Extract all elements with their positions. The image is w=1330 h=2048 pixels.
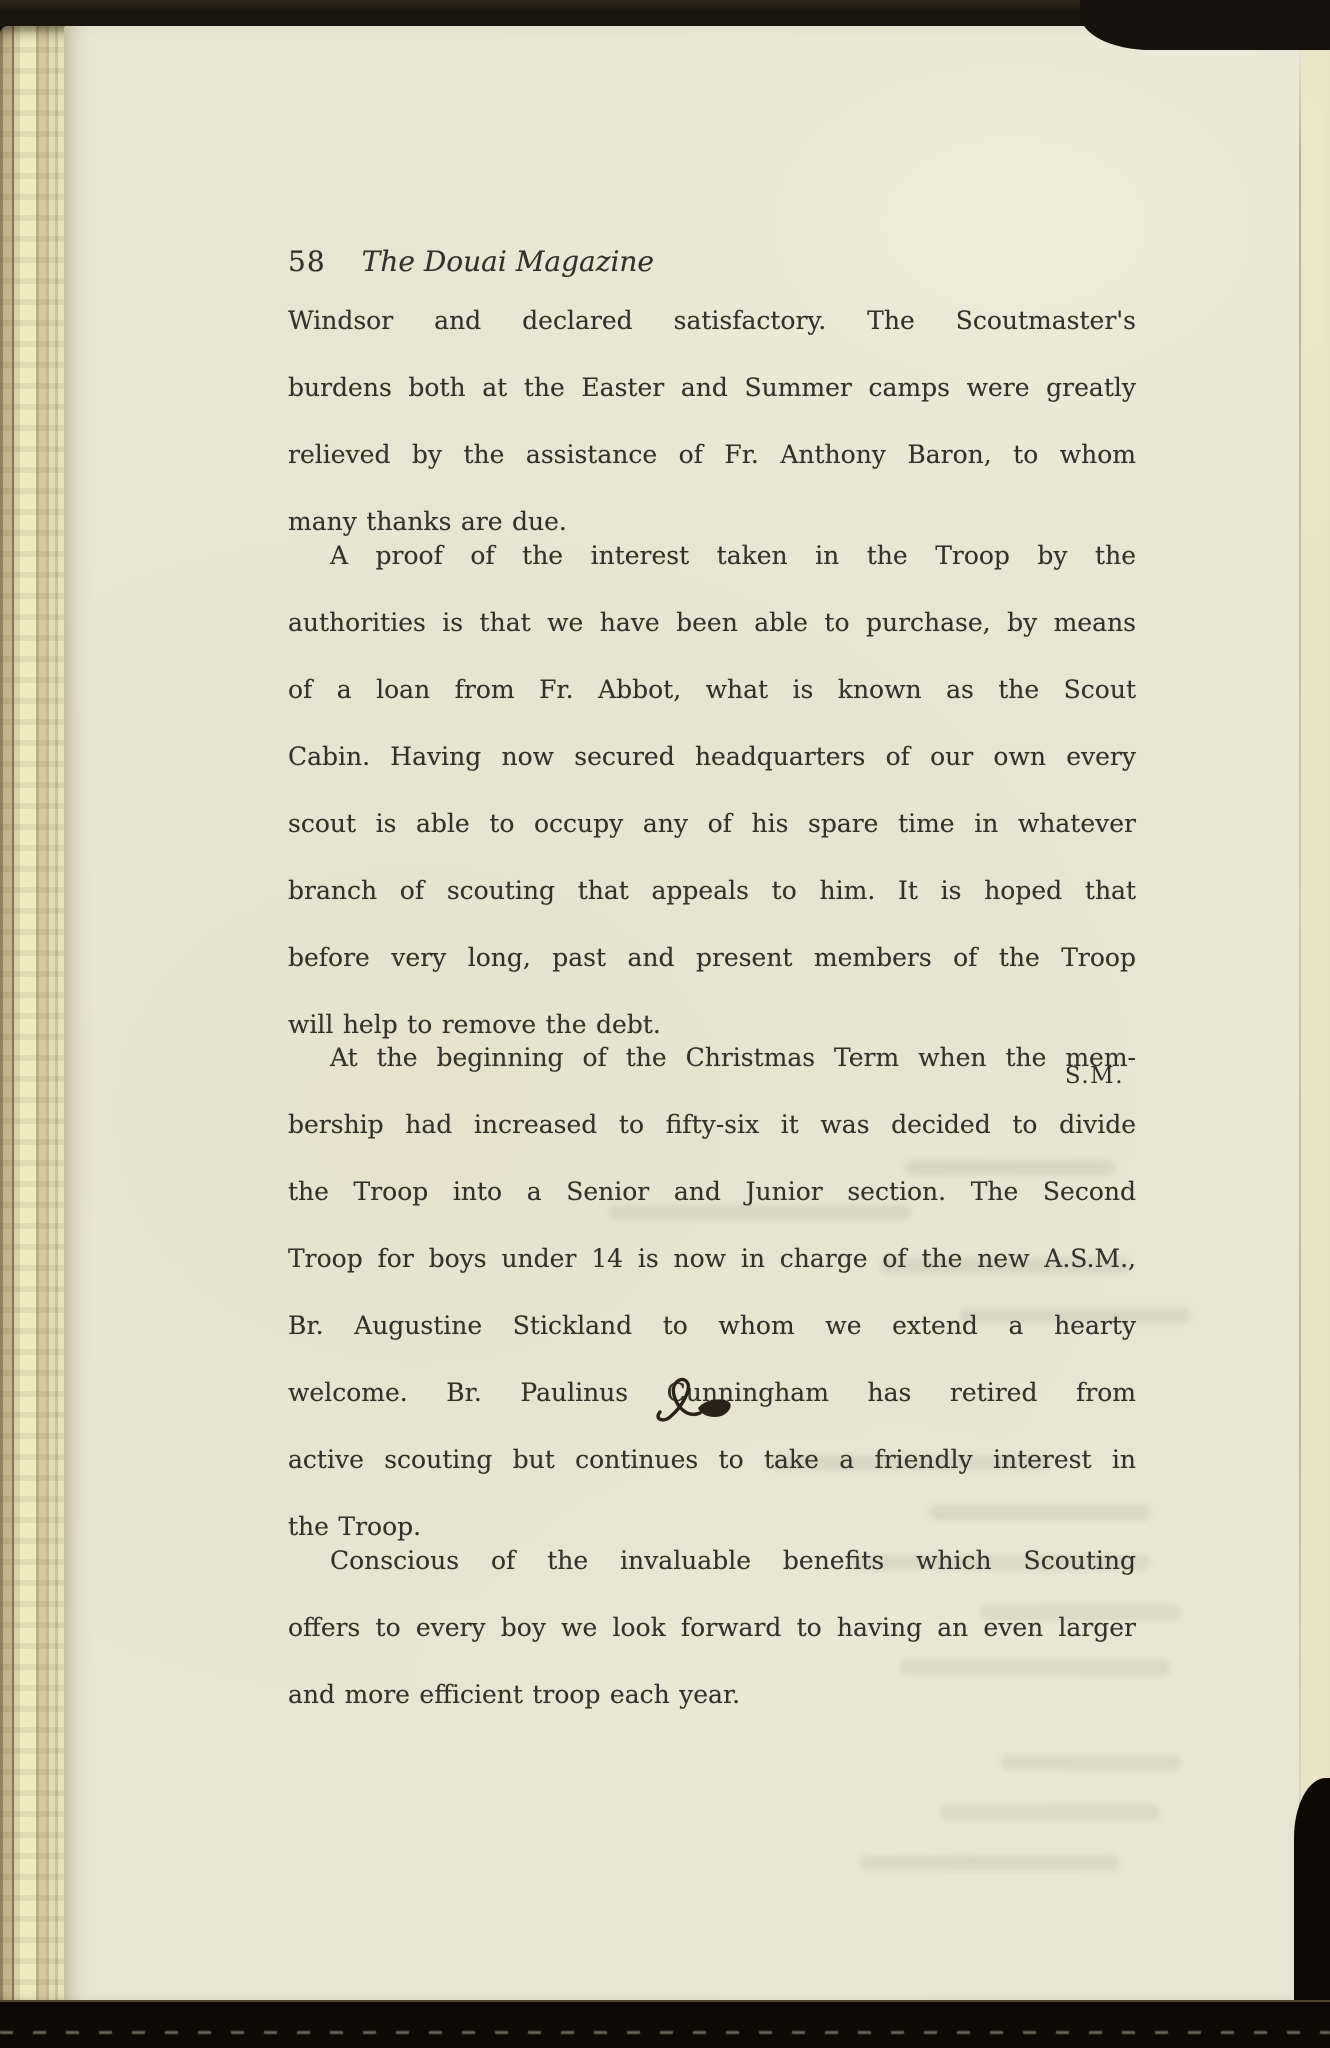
- text-line: and more efficient troop each year.: [288, 1678, 1136, 1712]
- text-line: Windsor and declared satisfactory. The S…: [288, 304, 1136, 371]
- show-through-mark: [1000, 1755, 1180, 1770]
- book-scan: { "page": { "number": "58", "running_tit…: [0, 0, 1330, 2048]
- cover-top-right-corner: [1080, 0, 1330, 50]
- page-number: 58: [288, 245, 326, 278]
- page-edges-stack: [0, 26, 72, 2010]
- printer-flourish-icon: [648, 1372, 740, 1430]
- text-line: Troop for boys under 14 is now in charge…: [288, 1242, 1136, 1309]
- text-line: branch of scouting that appeals to him. …: [288, 874, 1136, 941]
- page-right-shading: [1302, 26, 1330, 2006]
- show-through-mark: [940, 1805, 1160, 1820]
- text-line: Conscious of the invaluable benefits whi…: [288, 1544, 1136, 1611]
- text-line: A proof of the interest taken in the Tro…: [288, 539, 1136, 606]
- cover-stitching: [0, 2031, 1330, 2034]
- body-text: Windsor and declared satisfactory. The S…: [288, 304, 1136, 1711]
- page-crease-line: [1299, 40, 1301, 1980]
- text-line: of a loan from Fr. Abbot, what is known …: [288, 673, 1136, 740]
- text-line: before very long, past and present membe…: [288, 941, 1136, 1008]
- text-line: Cabin. Having now secured headquarters o…: [288, 740, 1136, 807]
- text-line: will help to remove the debt.: [288, 1008, 1136, 1042]
- text-line: Br. Augustine Stickland to whom we exten…: [288, 1309, 1136, 1376]
- text-line: offers to every boy we look forward to h…: [288, 1611, 1136, 1678]
- show-through-mark: [860, 1855, 1120, 1870]
- cover-bottom-edge: [0, 2000, 1330, 2048]
- text-line: many thanks are due.: [288, 505, 1136, 539]
- text-line: active scouting but continues to take a …: [288, 1443, 1136, 1510]
- page-header: 58The Douai Magazine: [288, 246, 1136, 278]
- text-line: bership had increased to fifty-six it wa…: [288, 1108, 1136, 1175]
- text-line: authorities is that we have been able to…: [288, 606, 1136, 673]
- page-text: 58The Douai Magazine Windsor and declare…: [288, 246, 1136, 1711]
- running-title: The Douai Magazine: [362, 245, 654, 278]
- text-line: scout is able to occupy any of his spare…: [288, 807, 1136, 874]
- text-line: relieved by the assistance of Fr. Anthon…: [288, 438, 1136, 505]
- text-line: the Troop.: [288, 1510, 1136, 1544]
- text-line: burdens both at the Easter and Summer ca…: [288, 371, 1136, 438]
- signature: S.M.: [288, 1063, 1136, 1089]
- text-line: the Troop into a Senior and Junior secti…: [288, 1175, 1136, 1242]
